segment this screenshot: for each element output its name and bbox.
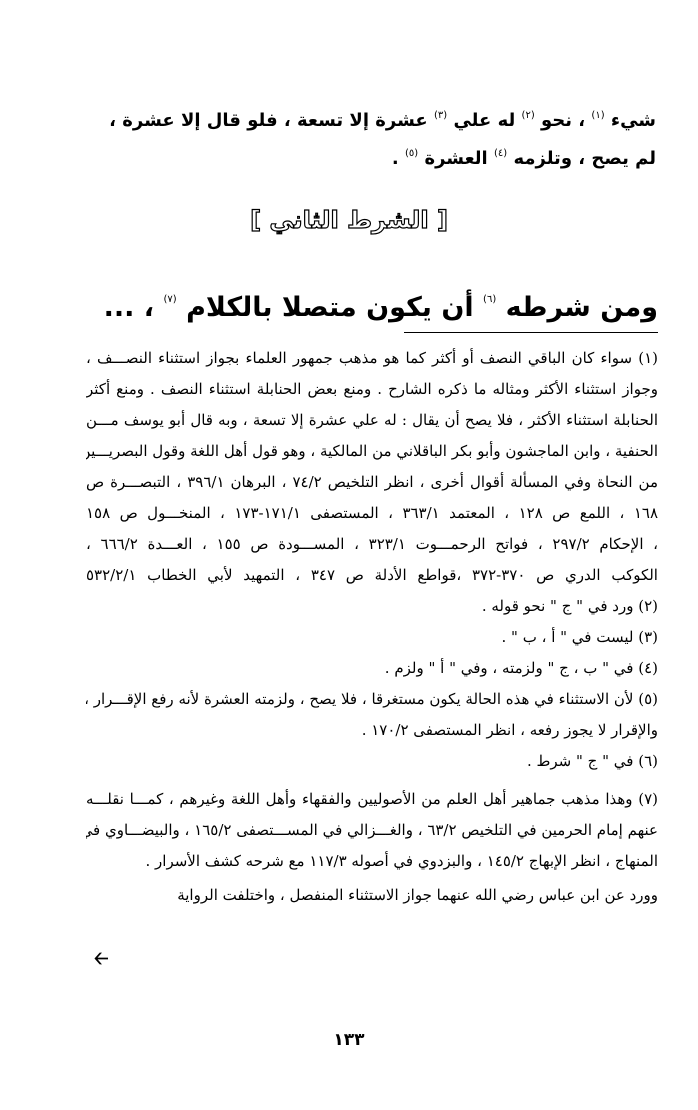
section-heading: [ الشرط الثاني ]: [0, 198, 698, 242]
book-page: شيء (١) ، نحو (٢) له علي (٣) عشرة إلا تس…: [0, 0, 698, 1110]
footnote-line: ١٦٨ ، اللمع ص ١٢٨ ، المعتمد ٣٦٣/١ ، المس…: [86, 498, 658, 528]
footnote-divider: [404, 332, 658, 333]
main-text-word: شيء: [611, 110, 656, 131]
footnote-line: من النحاة وفي المسألة أقوال أخرى ، انظر …: [86, 467, 658, 497]
footnote-marker-5[interactable]: (٥): [405, 148, 418, 159]
footnote-line: المنهاج ، انظر الإبهاج ١٤٥/٢ ، والبزدوي …: [86, 846, 658, 876]
footnote-line: وجواز استثناء الأكثر ومثاله ما ذكره الشا…: [86, 374, 658, 404]
footnote-line: (٦) في " ج " شرط .: [86, 746, 658, 776]
footnote-line: (٣) ليست في " أ ، ب " .: [86, 622, 658, 652]
footnote-marker-4[interactable]: (٤): [494, 148, 507, 159]
footnote-marker-1[interactable]: (١): [591, 110, 604, 121]
footnote-line: ، الإحكام ٢٩٧/٢ ، فواتح الرحمـــوت ٣٢٣/١…: [86, 529, 658, 559]
footnote-line: الحنفية ، وابن الماجشون وأبو بكر الباقلا…: [86, 436, 658, 466]
page-number: ١٣٣: [0, 1028, 698, 1052]
condition-text: ومن شرطه: [506, 292, 658, 323]
footnote-marker-2[interactable]: (٢): [522, 110, 535, 121]
footnote-line: الحنابلة استثناء الأكثر ، فلا يصح أن يقا…: [86, 405, 658, 435]
main-text-segment: العشرة: [424, 148, 487, 169]
main-text-line-1: شيء (١) ، نحو (٢) له علي (٣) عشرة إلا تس…: [56, 98, 656, 139]
footnote-marker-3[interactable]: (٣): [434, 110, 447, 121]
condition-text: ، ...: [104, 292, 154, 323]
footnote-line: (٢) ورد في " ج " نحو قوله .: [86, 591, 658, 621]
footnote-line: (٥) لأن الاستثناء في هذه الحالة يكون مست…: [86, 684, 658, 714]
main-text-segment: ، نحو: [541, 110, 585, 131]
main-text-segment: له علي: [453, 110, 515, 131]
footnote-line: والإقرار لا يجوز رفعه ، انظر المستصفى ١٧…: [86, 715, 658, 745]
footnote-line: (٤) في " ب ، ج " ولزمته ، وفي " أ " ولزم…: [86, 653, 658, 683]
left-arrow-icon: 🡠: [94, 944, 109, 974]
footnote-line: وورد عن ابن عباس رضي الله عنهما جواز الا…: [168, 880, 658, 910]
condition-statement: ومن شرطه (٦) أن يكون متصلا بالكلام (٧) ،…: [138, 278, 658, 330]
condition-text: أن يكون متصلا بالكلام: [186, 292, 474, 323]
main-text-segment: .: [392, 148, 399, 169]
footnote-marker-6[interactable]: (٦): [483, 294, 496, 305]
main-text-segment: عشرة إلا تسعة ، فلو قال إلا عشرة ،: [109, 110, 428, 131]
footnote-line: (١) سواء كان الباقي النصف أو أكثر كما هو…: [86, 343, 658, 373]
footnote-line: (٧) وهذا مذهب جماهير أهل العلم من الأصول…: [86, 784, 658, 814]
main-text-line-2: لم يصح ، وتلزمه (٤) العشرة (٥) .: [56, 136, 656, 177]
footnote-line: الكوكب الدري ص ٣٧٠-٣٧٢ ،قواطع الأدلة ص ٣…: [86, 560, 658, 590]
main-text-segment: لم يصح ، وتلزمه: [513, 148, 656, 169]
footnote-line: عنهم إمام الحرمين في التلخيص ٦٣/٢ ، والغ…: [86, 815, 658, 845]
footnote-marker-7[interactable]: (٧): [163, 294, 176, 305]
